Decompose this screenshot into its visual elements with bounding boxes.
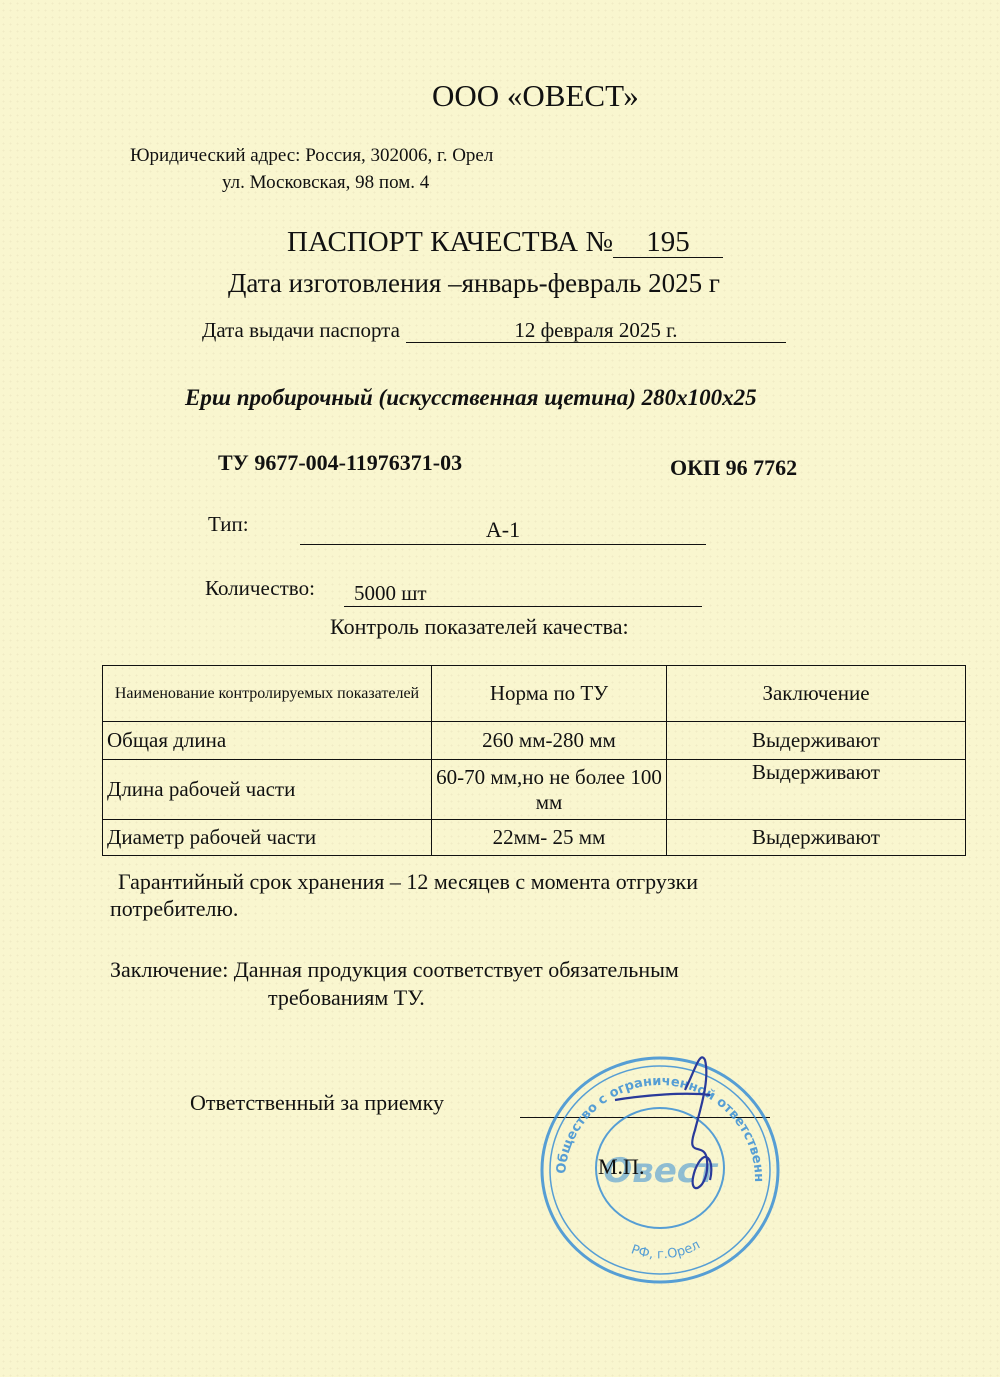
header-indicator: Наименование контролируемых показателей (103, 666, 432, 722)
quantity-label: Количество: (205, 576, 315, 601)
passport-title: ПАСПОРТ КАЧЕСТВА №195 (287, 226, 723, 259)
cell-norm: 22мм- 25 мм (432, 820, 667, 856)
tu-code: ТУ 9677-004-11976371-03 (218, 450, 462, 476)
cell-norm: 60-70 мм,но не более 100 мм (432, 760, 667, 820)
quality-table: Наименование контролируемых показателей … (102, 665, 966, 856)
table-header-row: Наименование контролируемых показателей … (103, 666, 966, 722)
conclusion-line2: требованиям ТУ. (268, 985, 425, 1011)
header-conclusion: Заключение (667, 666, 966, 722)
product-name: Ерш пробирочный (искусственная щетина) 2… (185, 385, 757, 411)
table-row: Общая длина 260 мм-280 мм Выдерживают (103, 722, 966, 760)
company-name: ООО «ОВЕСТ» (432, 78, 639, 114)
warranty-line2: потребителю. (110, 896, 238, 922)
seal-label: М.П. (598, 1154, 644, 1180)
header-norm: Норма по ТУ (432, 666, 667, 722)
manufacture-date: Дата изготовления –январь-февраль 2025 г (228, 268, 720, 299)
cell-indicator: Общая длина (103, 722, 432, 760)
stamp-bottom-text: РФ, г.Орел (629, 1238, 703, 1263)
legal-address-line2: ул. Московская, 98 пом. 4 (222, 172, 429, 194)
table-row: Длина рабочей части 60-70 мм,но не более… (103, 760, 966, 820)
passport-title-prefix: ПАСПОРТ КАЧЕСТВА № (287, 226, 613, 258)
type-value: А-1 (300, 516, 706, 545)
responsible-label: Ответственный за приемку (190, 1090, 444, 1116)
issue-date-label: Дата выдачи паспорта (202, 318, 400, 342)
passport-number: 195 (613, 227, 723, 258)
legal-address-line1: Юридический адрес: Россия, 302006, г. Ор… (130, 145, 493, 167)
cell-indicator: Длина рабочей части (103, 760, 432, 820)
cell-conclusion: Выдерживают (667, 760, 966, 820)
cell-norm: 260 мм-280 мм (432, 722, 667, 760)
scan-margin (0, 1377, 1000, 1387)
issue-date-value: 12 февраля 2025 г. (406, 318, 786, 343)
company-stamp-icon: Общество с ограниченной ответственностью… (535, 1050, 785, 1290)
okp-code: ОКП 96 7762 (670, 455, 797, 481)
cell-indicator: Диаметр рабочей части (103, 820, 432, 856)
issue-date-row: Дата выдачи паспорта12 февраля 2025 г. (202, 318, 786, 343)
conclusion-line1: Заключение: Данная продукция соответству… (110, 957, 679, 983)
cell-conclusion: Выдерживают (667, 722, 966, 760)
quantity-value: 5000 шт (344, 580, 702, 607)
type-label: Тип: (208, 512, 249, 537)
warranty-line1: Гарантийный срок хранения – 12 месяцев с… (118, 869, 698, 895)
quality-control-heading: Контроль показателей качества: (330, 614, 629, 640)
svg-text:РФ, г.Орел: РФ, г.Орел (629, 1238, 703, 1263)
cell-conclusion: Выдерживают (667, 820, 966, 856)
table-row: Диаметр рабочей части 22мм- 25 мм Выдерж… (103, 820, 966, 856)
